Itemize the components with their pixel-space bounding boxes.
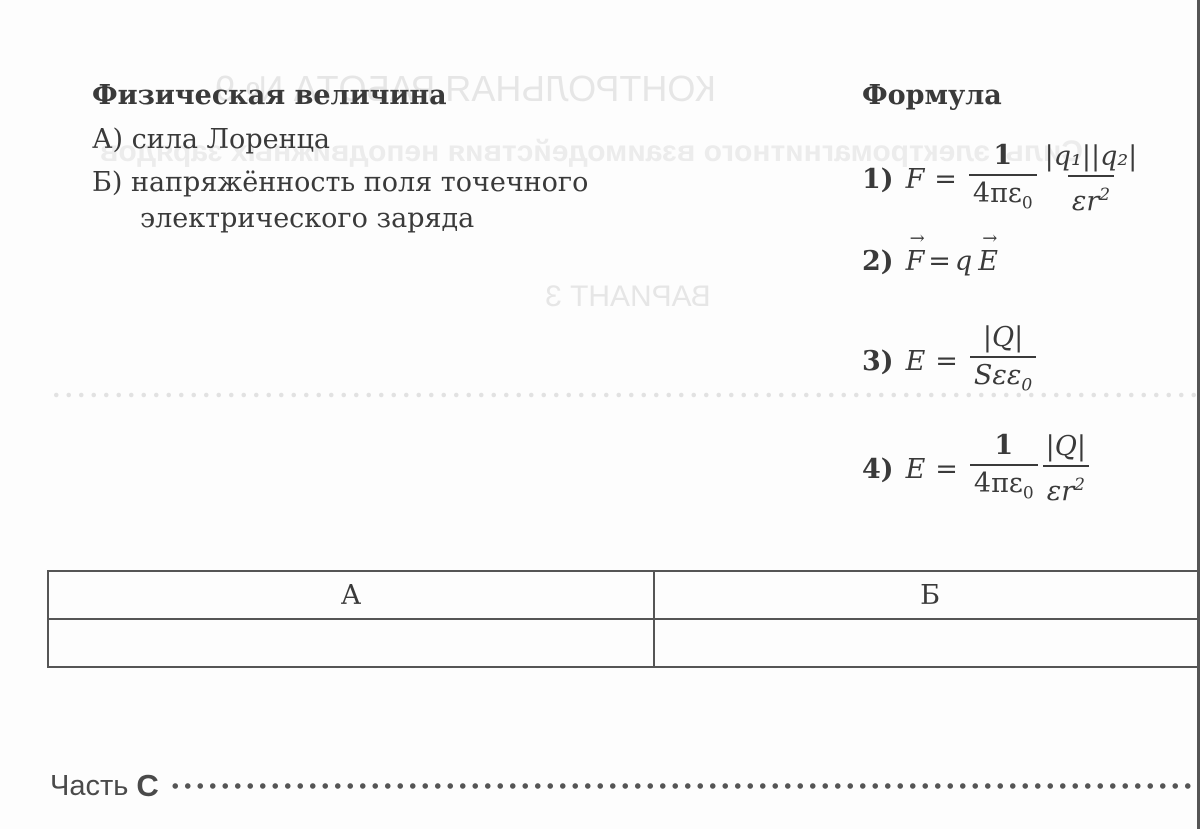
- den-sub: 0: [1022, 193, 1033, 213]
- coefficient-fraction: 1 4πε0: [969, 138, 1037, 221]
- answer-table-row: [48, 619, 1200, 667]
- section-label: Часть: [50, 770, 128, 803]
- formula-number: 2): [862, 246, 894, 277]
- dotted-rule: [169, 782, 1200, 790]
- formula-1: 1) F = 1 4πε0 |q₁||q₂| εr2: [862, 138, 1143, 221]
- numerator: |Q|: [979, 320, 1027, 356]
- charge-q: q: [955, 246, 972, 277]
- item-a: А) сила Лоренца: [92, 122, 330, 158]
- formula-lhs: E: [906, 346, 926, 377]
- denominator: εr2: [1043, 465, 1089, 510]
- denominator: εr2: [1068, 175, 1114, 220]
- equals-sign: =: [935, 346, 958, 377]
- item-b: Б) напряжённость поля точечного электрич…: [92, 165, 712, 237]
- item-text-line1: напряжённость поля точечного: [131, 167, 588, 198]
- section-heading-part-c: Часть С: [50, 768, 1200, 804]
- column-header-formula: Формула: [862, 80, 1002, 111]
- answer-table-header-row: А Б: [48, 571, 1200, 619]
- formula-number: 3): [862, 346, 894, 377]
- bleed-variant: ВАРИАНТ 3: [545, 280, 711, 314]
- formula-3: 3) E = |Q| Sεε0: [862, 320, 1038, 403]
- formula-number: 1): [862, 164, 894, 195]
- den-sub: 0: [1021, 375, 1032, 395]
- formula-2: 2) F = q E: [862, 246, 998, 277]
- numerator: |q₁||q₂|: [1041, 139, 1142, 175]
- column-header-quantity: Физическая величина: [92, 80, 447, 111]
- den-text: Sεε: [974, 360, 1021, 391]
- field-fraction: |Q| Sεε0: [970, 320, 1036, 403]
- den-text: εr: [1072, 186, 1099, 217]
- numerator: 1: [990, 428, 1017, 464]
- denominator: 4πε0: [970, 464, 1038, 511]
- denominator: 4πε0: [969, 174, 1037, 221]
- numerator: |Q|: [1042, 429, 1090, 465]
- den-text: 4πε: [974, 468, 1023, 499]
- answer-header-a: А: [48, 571, 654, 619]
- vector-field: E: [978, 246, 998, 277]
- item-letter: А): [92, 124, 123, 155]
- den-sup: 2: [1074, 475, 1085, 495]
- item-text-line2: электрического заряда: [92, 201, 712, 237]
- equals-sign: =: [935, 454, 958, 485]
- den-sup: 2: [1099, 185, 1110, 205]
- den-text: εr: [1047, 476, 1074, 507]
- item-text: сила Лоренца: [132, 124, 330, 155]
- section-letter: С: [136, 768, 158, 804]
- equals-sign: =: [928, 246, 951, 277]
- den-text: 4πε: [973, 178, 1022, 209]
- coefficient-fraction: 1 4πε0: [970, 428, 1038, 511]
- answer-table: А Б: [47, 570, 1200, 668]
- answer-cell-b[interactable]: [654, 619, 1200, 667]
- formula-number: 4): [862, 454, 894, 485]
- vector-force: F: [906, 246, 925, 277]
- formula-4: 4) E = 1 4πε0 |Q| εr2: [862, 428, 1092, 511]
- equals-sign: =: [934, 164, 957, 195]
- item-letter: Б): [92, 167, 122, 198]
- numerator: 1: [989, 138, 1016, 174]
- den-sub: 0: [1023, 483, 1034, 503]
- charge-fraction: |Q| εr2: [1042, 429, 1090, 510]
- answer-header-b: Б: [654, 571, 1200, 619]
- formula-lhs: F: [906, 164, 925, 195]
- denominator: Sεε0: [970, 356, 1036, 403]
- formula-lhs: E: [906, 454, 926, 485]
- answer-cell-a[interactable]: [48, 619, 654, 667]
- charge-fraction: |q₁||q₂| εr2: [1041, 139, 1142, 220]
